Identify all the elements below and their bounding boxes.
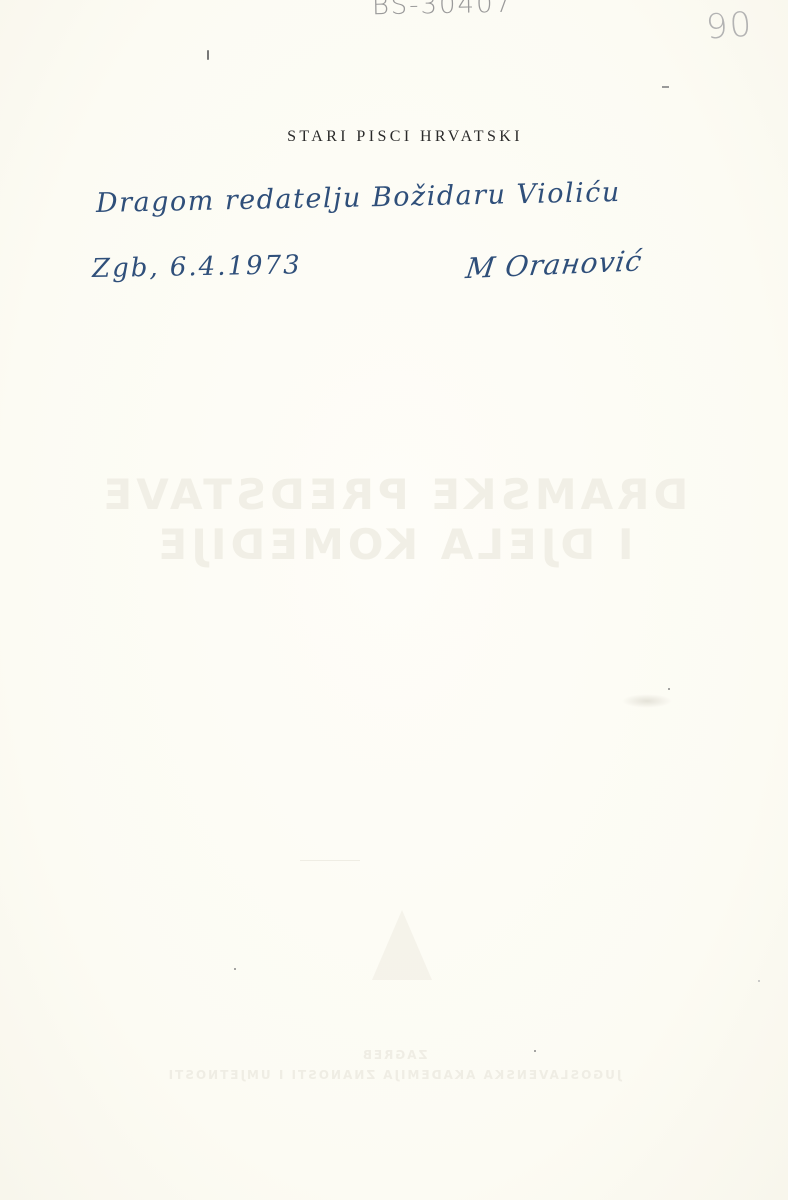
archive-call-number: BS-30407 [372,0,514,21]
pencil-tick-mark [207,50,209,60]
handwritten-signature: M Oraнović [464,244,645,285]
handwritten-dedication: Dragom redatelju Božidaru Violiću [96,177,621,219]
paper-speck [758,980,760,982]
paper-speck [534,1050,536,1052]
paper-smudge [622,694,672,708]
show-through-line: JUGOSLAVENSKA AKADEMIJA ZNANOSTI I UMJET… [0,1068,788,1082]
paper-speck [234,968,236,970]
series-title: STARI PISCI HRVATSKI [0,128,788,146]
folio-number: 90 [705,4,755,47]
show-through-line: ZAGREB [0,1048,788,1062]
show-through-rule [300,860,360,861]
pencil-dash-mark [662,86,669,88]
handwritten-place-date: Zgb, 6.4.1973 [92,250,302,284]
show-through-publisher-logo [372,910,432,980]
show-through-line: DRAMSKE PREDSTAVE [0,470,788,519]
document-page: BS-30407 90 DRAMSKE PREDSTAVE I DJELA KO… [0,0,788,1200]
show-through-line: I DJELA KOMEDIJE [0,520,788,569]
paper-speck [668,688,670,690]
